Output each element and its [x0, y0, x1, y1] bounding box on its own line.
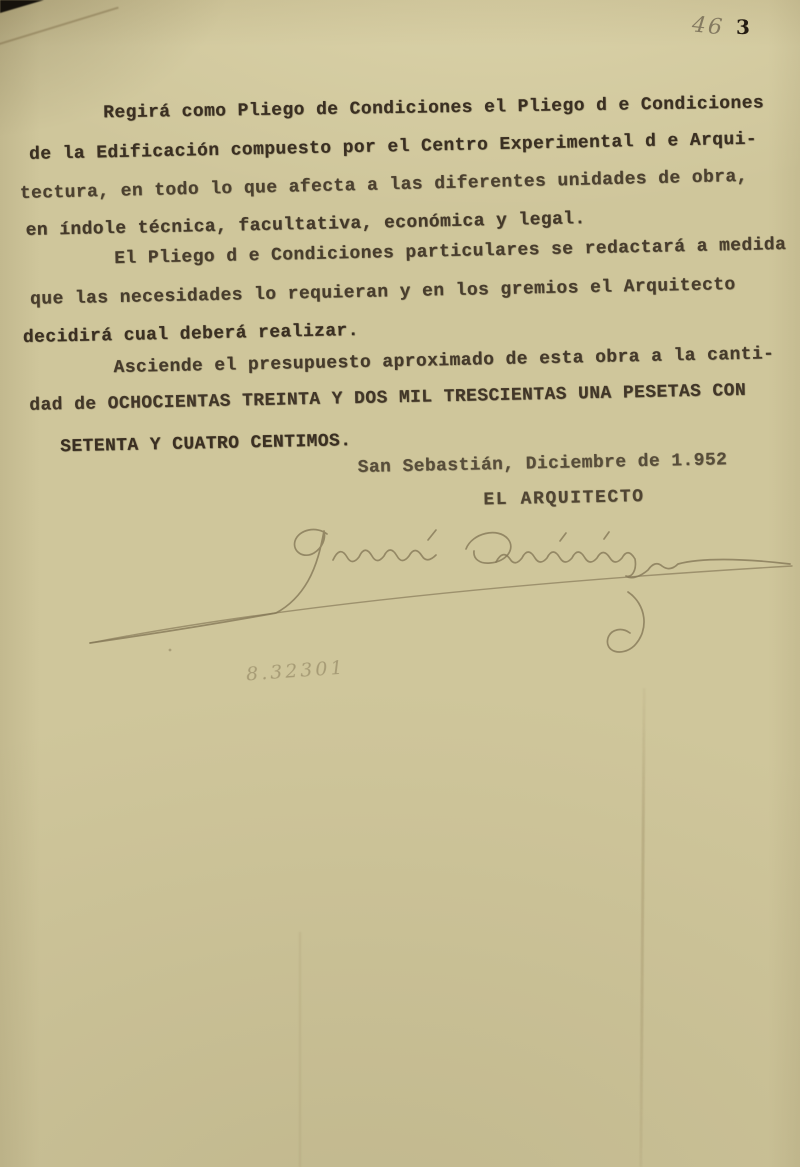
scanned-document-page: 46 3 Regirá como Pliego de Condiciones e… [0, 0, 800, 1167]
handwritten-signature: Joaquín Domínguez [0, 0, 800, 1167]
